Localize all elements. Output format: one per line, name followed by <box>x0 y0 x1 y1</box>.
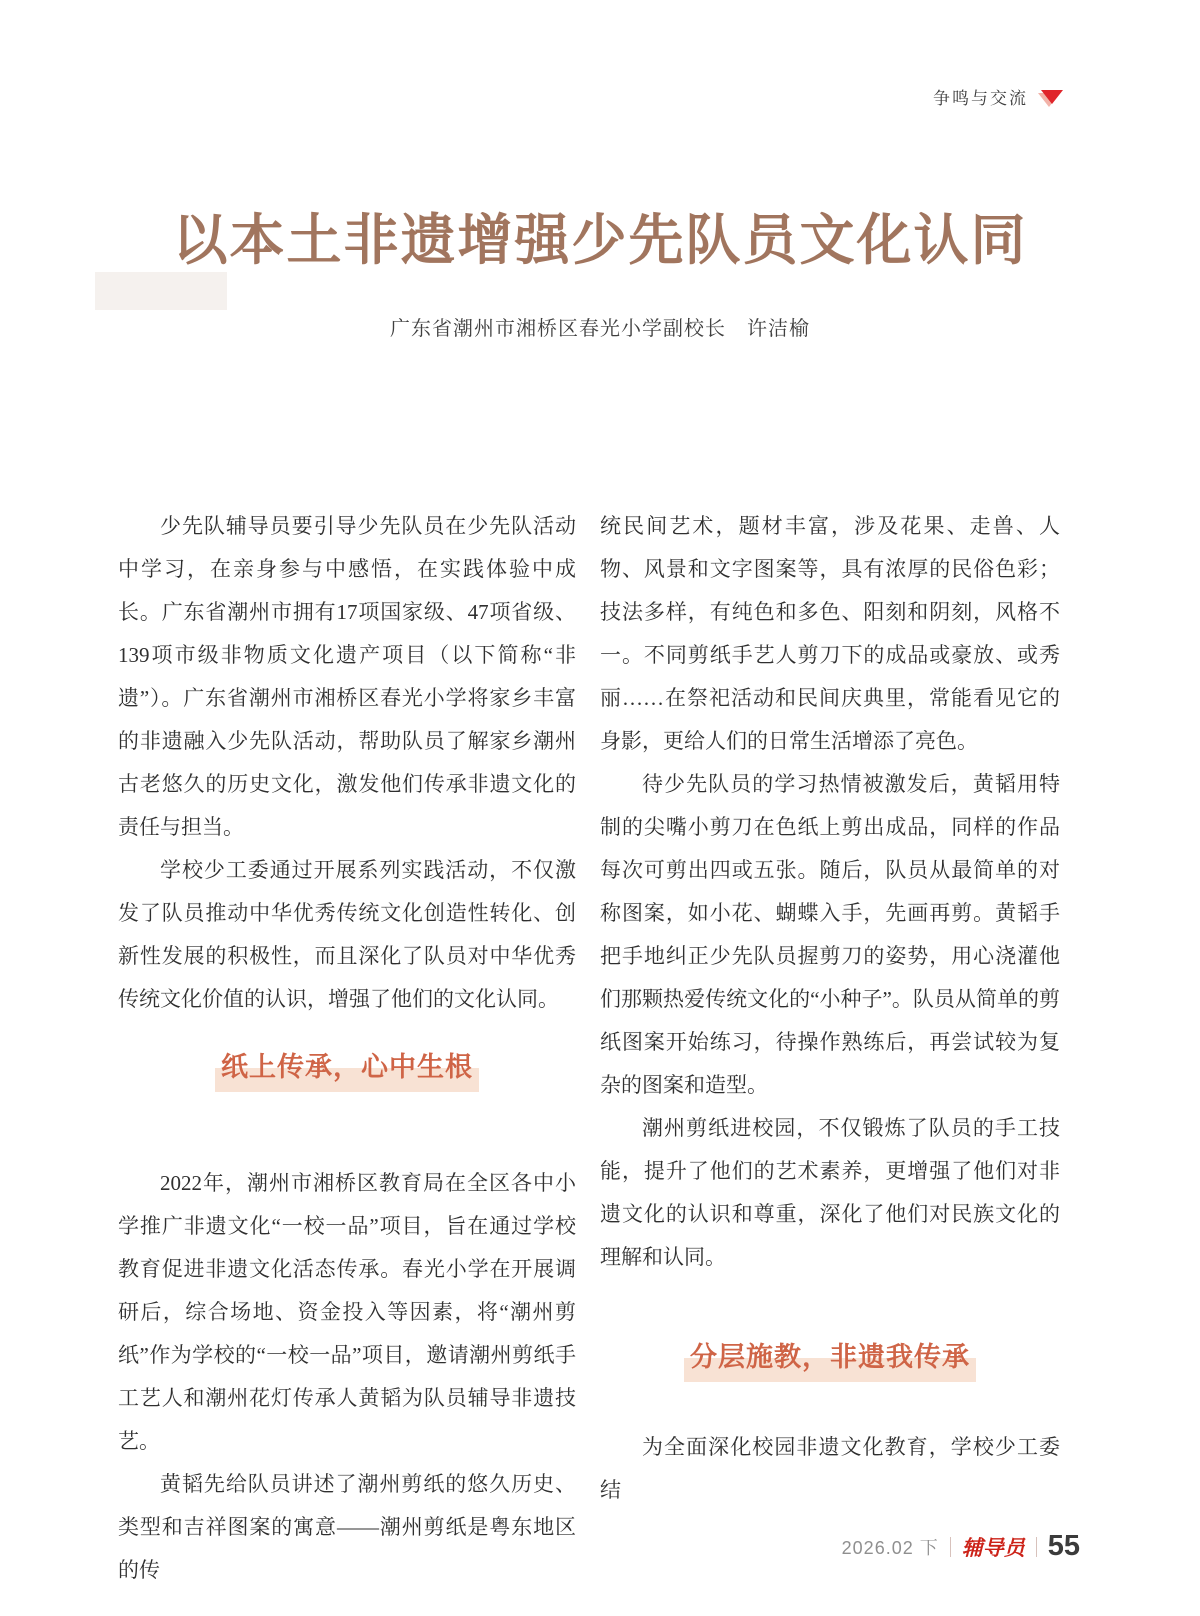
section-heading-2-text: 分层施教，非遗我传承 <box>684 1341 976 1382</box>
section-tag: 争鸣与交流 <box>933 84 1064 109</box>
article-body: 少先队辅导员要引导少先队员在少先队活动中学习，在亲身参与中感悟，在实践体验中成长… <box>118 505 1060 1592</box>
section-heading-1: 纸上传承，心中生根 <box>118 1051 576 1092</box>
section-tag-label: 争鸣与交流 <box>933 84 1028 109</box>
magazine-logo: 辅导员 <box>962 1532 1025 1562</box>
paragraph: 统民间艺术，题材丰富，涉及花果、走兽、人物、风景和文字图案等，具有浓厚的民俗色彩… <box>600 505 1060 763</box>
paragraph: 2022年，潮州市湘桥区教育局在全区各中小学推广非遗文化“一校一品”项目，旨在通… <box>118 1162 576 1463</box>
title-accent-box <box>95 272 227 310</box>
triangle-shape <box>1041 90 1063 104</box>
magazine-page: 争鸣与交流 以本土非遗增强少先队员文化认同 广东省潮州市湘桥区春光小学副校长 许… <box>0 0 1200 1616</box>
paragraph: 为全面深化校园非遗文化教育，学校少工委结 <box>600 1426 1060 1512</box>
paragraph: 待少先队员的学习热情被激发后，黄韬用特制的尖嘴小剪刀在色纸上剪出成品，同样的作品… <box>600 763 1060 1107</box>
right-column: 统民间艺术，题材丰富，涉及花果、走兽、人物、风景和文字图案等，具有浓厚的民俗色彩… <box>600 505 1060 1592</box>
left-column: 少先队辅导员要引导少先队员在少先队活动中学习，在亲身参与中感悟，在实践体验中成长… <box>118 505 576 1592</box>
article-title: 以本土非遗增强少先队员文化认同 <box>0 196 1200 275</box>
paragraph: 潮州剪纸进校园，不仅锻炼了队员的手工技能，提升了他们的艺术素养，更增强了他们对非… <box>600 1107 1060 1279</box>
paragraph: 少先队辅导员要引导少先队员在少先队活动中学习，在亲身参与中感悟，在实践体验中成长… <box>118 505 576 849</box>
footer-divider <box>950 1537 951 1557</box>
section-heading-1-text: 纸上传承，心中生根 <box>215 1051 479 1092</box>
paragraph: 学校少工委通过开展系列实践活动，不仅激发了队员推动中华优秀传统文化创造性转化、创… <box>118 849 576 1021</box>
page-number: 55 <box>1048 1530 1080 1563</box>
footer-divider <box>1036 1537 1037 1557</box>
red-triangle-icon <box>1040 88 1064 106</box>
paragraph: 黄韬先给队员讲述了潮州剪纸的悠久历史、类型和吉祥图案的寓意——潮州剪纸是粤东地区… <box>118 1463 576 1592</box>
article-byline: 广东省潮州市湘桥区春光小学副校长 许洁榆 <box>0 312 1200 341</box>
page-footer: 2026.02 下 辅导员 55 <box>842 1530 1080 1563</box>
section-heading-2: 分层施教，非遗我传承 <box>600 1341 1060 1382</box>
issue-date: 2026.02 下 <box>842 1534 939 1560</box>
